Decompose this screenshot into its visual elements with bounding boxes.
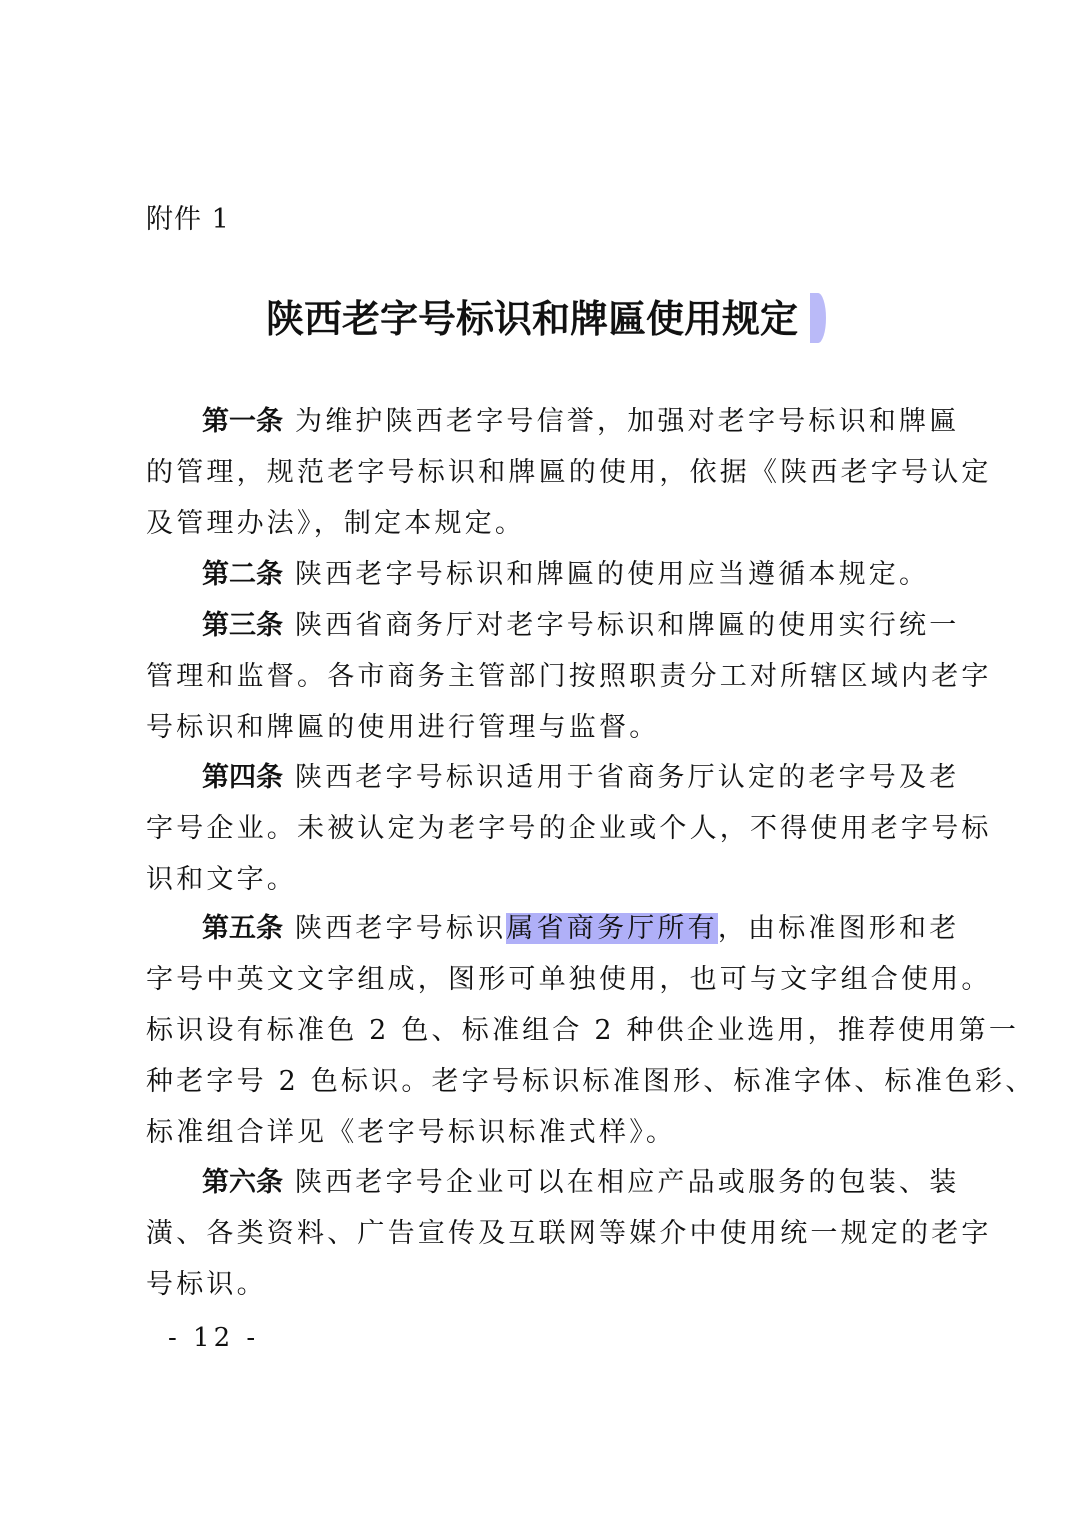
article-text: 号标识和牌匾的使用进行管理与监督。 bbox=[146, 702, 942, 753]
article-label: 第六条 bbox=[202, 1167, 283, 1198]
article-text: 陕西老字号标识和牌匾的使用应当遵循本规定。 bbox=[295, 559, 929, 590]
article-6: 第六条陕西老字号企业可以在相应产品或服务的包装、装 潢、各类资料、广告宣传及互联… bbox=[146, 1157, 942, 1310]
article-text: 潢、各类资料、广告宣传及互联网等媒介中使用统一规定的老字 bbox=[146, 1208, 942, 1259]
article-label: 第四条 bbox=[202, 762, 283, 793]
article-text: 为维护陕西老字号信誉，加强对老字号标识和牌匾 bbox=[295, 406, 959, 437]
article-1: 第一条为维护陕西老字号信誉，加强对老字号标识和牌匾 的管理，规范老字号标识和牌匾… bbox=[146, 396, 942, 549]
article-text: ，由标准图形和老 bbox=[718, 913, 960, 944]
article-text: 字号中英文文字组成，图形可单独使用，也可与文字组合使用。 bbox=[146, 954, 942, 1005]
article-label: 第一条 bbox=[202, 406, 283, 437]
document-page: 附件 1 陕西老字号标识和牌匾使用规定 第一条为维护陕西老字号信誉，加强对老字号… bbox=[0, 0, 1074, 1520]
article-text: 识和文字。 bbox=[146, 854, 942, 905]
article-4: 第四条陕西老字号标识适用于省商务厅认定的老字号及老 字号企业。未被认定为老字号的… bbox=[146, 752, 942, 905]
article-3: 第三条陕西省商务厅对老字号标识和牌匾的使用实行统一 管理和监督。各市商务主管部门… bbox=[146, 600, 942, 753]
article-text: 种老字号 2 色标识。老字号标识标准图形、标准字体、标准色彩、 bbox=[146, 1056, 942, 1107]
article-text: 号标识。 bbox=[146, 1259, 942, 1310]
highlighted-text[interactable]: 属省商务厅所有 bbox=[506, 913, 717, 944]
article-2: 第二条陕西老字号标识和牌匾的使用应当遵循本规定。 bbox=[146, 549, 942, 600]
article-label: 第二条 bbox=[202, 559, 283, 590]
article-text: 陕西老字号企业可以在相应产品或服务的包装、装 bbox=[295, 1167, 959, 1198]
attachment-label: 附件 1 bbox=[146, 200, 230, 240]
article-label: 第三条 bbox=[202, 610, 283, 641]
article-text: 字号企业。未被认定为老字号的企业或个人，不得使用老字号标 bbox=[146, 803, 942, 854]
article-label: 第五条 bbox=[202, 913, 283, 944]
article-text: 标识设有标准色 2 色、标准组合 2 种供企业选用，推荐使用第一 bbox=[146, 1005, 942, 1056]
document-title: 陕西老字号标识和牌匾使用规定 bbox=[266, 292, 798, 346]
article-text: 陕西省商务厅对老字号标识和牌匾的使用实行统一 bbox=[295, 610, 959, 641]
selection-caret-mark bbox=[810, 293, 826, 343]
article-text: 陕西老字号标识适用于省商务厅认定的老字号及老 bbox=[295, 762, 959, 793]
article-text: 陕西老字号标识 bbox=[295, 913, 506, 944]
page-number: - 12 - bbox=[168, 1320, 259, 1356]
article-text: 及管理办法》，制定本规定。 bbox=[146, 498, 942, 549]
article-text: 管理和监督。各市商务主管部门按照职责分工对所辖区域内老字 bbox=[146, 651, 942, 702]
article-text: 标准组合详见《老字号标识标准式样》。 bbox=[146, 1107, 942, 1158]
article-5: 第五条陕西老字号标识属省商务厅所有，由标准图形和老 字号中英文文字组成，图形可单… bbox=[146, 903, 942, 1158]
article-text: 的管理，规范老字号标识和牌匾的使用，依据《陕西老字号认定 bbox=[146, 447, 942, 498]
